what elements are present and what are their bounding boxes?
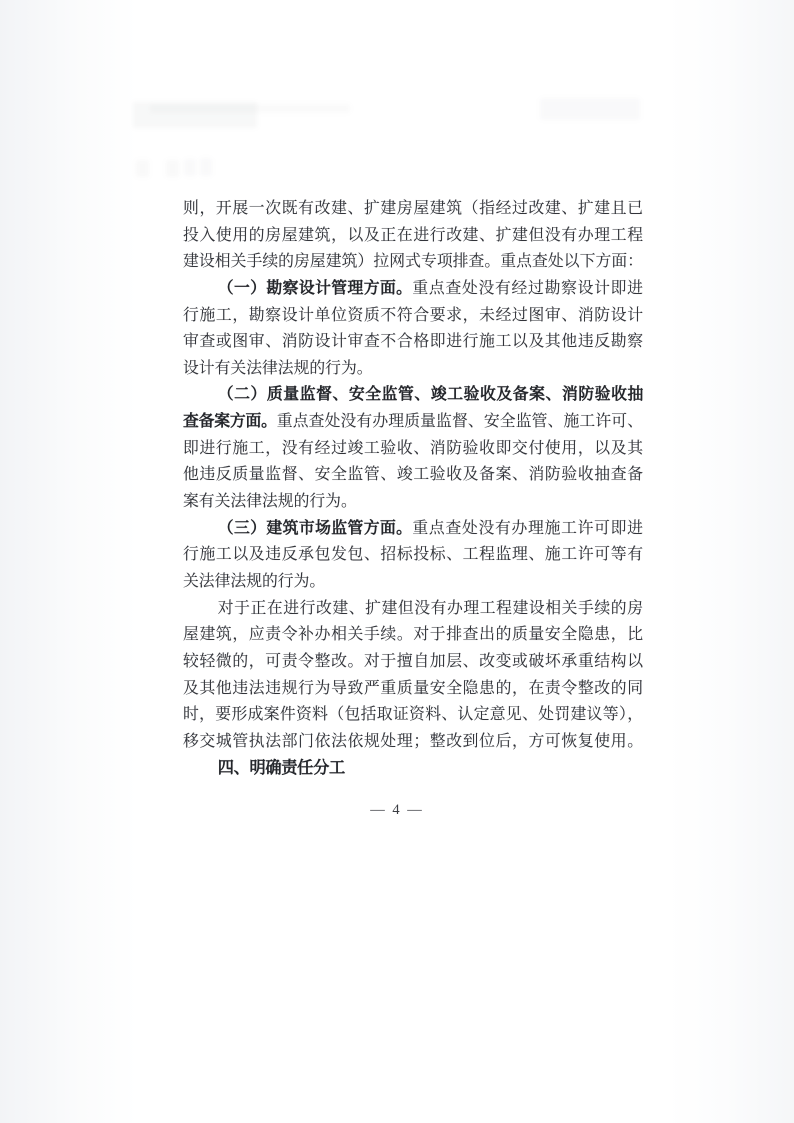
text-line: 查备案方面。重点查处没有办理质量监督、安全监管、施工许可、 — [183, 409, 643, 436]
text-line: 建设相关手续的房屋建筑）拉网式专项排查。重点查处以下方面： — [183, 249, 643, 276]
body-text: 审查或图审、消防设计审查不合格即进行施工以及其他违反勘察 — [183, 333, 643, 350]
body-text: 关法律法规的行为。 — [183, 573, 325, 590]
body-text: 设计有关法律法规的行为。 — [183, 360, 373, 377]
document-body: 则，开展一次既有改建、扩建房屋建筑（指经过改建、扩建且已投入使用的房屋建筑，以及… — [183, 196, 643, 782]
page-number: — 4 — — [0, 799, 794, 821]
text-line: 较轻微的，可责令整改。对于擅自加层、改变或破坏承重结构以 — [183, 649, 643, 676]
text-line: 投入使用的房屋建筑，以及正在进行改建、扩建但没有办理工程 — [183, 223, 643, 250]
scan-left-margin-shading — [0, 0, 138, 1123]
text-line: 即进行施工，没有经过竣工验收、消防验收即交付使用，以及其 — [183, 436, 643, 463]
body-text: 行施工，勘察设计单位资质不符合要求，未经过图审、消防设计 — [183, 307, 643, 324]
bold-lead-text: （一）勘察设计管理方面。 — [218, 280, 413, 297]
body-text: 较轻微的，可责令整改。对于擅自加层、改变或破坏承重结构以 — [183, 653, 643, 670]
scanned-document-page: 则，开展一次既有改建、扩建房屋建筑（指经过改建、扩建且已投入使用的房屋建筑，以及… — [0, 0, 794, 1123]
bleed-through-mark — [540, 98, 640, 120]
bleed-through-mark — [136, 160, 149, 177]
body-text: 建设相关手续的房屋建筑）拉网式专项排查。重点查处以下方面： — [183, 253, 643, 270]
body-text: 移交城管执法部门依法依规处理；整改到位后，方可恢复使用。 — [183, 733, 643, 750]
bold-lead-text: 查备案方面。 — [183, 413, 277, 430]
body-text: 案有关法律法规的行为。 — [183, 493, 357, 510]
text-line: 时，要形成案件资料（包括取证资料、认定意见、处罚建议等）， — [183, 702, 643, 729]
text-line: （三）建筑市场监管方面。重点查处没有办理施工许可即进 — [183, 516, 643, 543]
text-line: 行施工，勘察设计单位资质不符合要求，未经过图审、消防设计 — [183, 303, 643, 330]
bleed-through-mark — [166, 160, 179, 177]
bold-lead-text: 四、明确责任分工 — [218, 759, 345, 777]
text-line: 关法律法规的行为。 — [183, 569, 643, 596]
body-text: 时，要形成案件资料（包括取证资料、认定意见、处罚建议等）， — [183, 706, 643, 723]
bleed-through-mark — [200, 158, 212, 176]
text-line: 他违反质量监督、安全监管、竣工验收及备案、消防验收抽查备 — [183, 462, 643, 489]
section-heading: 四、明确责任分工 — [183, 755, 643, 782]
text-line: 审查或图审、消防设计审查不合格即进行施工以及其他违反勘察 — [183, 329, 643, 356]
text-line: 设计有关法律法规的行为。 — [183, 356, 643, 383]
text-line: 案有关法律法规的行为。 — [183, 489, 643, 516]
body-text: 屋建筑，应责令补办相关手续。对于排查出的质量安全隐患，比 — [183, 626, 643, 643]
body-text: 重点查处没有经过勘察设计即进 — [412, 280, 643, 297]
body-text: 及其他违法违规行为导致严重质量安全隐患的，在责令整改的同 — [183, 680, 643, 697]
body-text: 重点查处没有办理施工许可即进 — [412, 520, 643, 537]
bleed-through-mark — [150, 104, 350, 113]
body-text: 则，开展一次既有改建、扩建房屋建筑（指经过改建、扩建且已 — [183, 200, 643, 217]
text-line: 对于正在进行改建、扩建但没有办理工程建设相关手续的房 — [183, 596, 643, 623]
text-line: 则，开展一次既有改建、扩建房屋建筑（指经过改建、扩建且已 — [183, 196, 643, 223]
bleed-through-mark — [184, 159, 196, 176]
body-text: 投入使用的房屋建筑，以及正在进行改建、扩建但没有办理工程 — [183, 227, 643, 244]
body-text: 他违反质量监督、安全监管、竣工验收及备案、消防验收抽查备 — [183, 466, 643, 483]
text-line: 行施工以及违反承包发包、招标投标、工程监理、施工许可等有 — [183, 542, 643, 569]
body-text: 即进行施工，没有经过竣工验收、消防验收即交付使用，以及其 — [183, 440, 643, 457]
text-line: （一）勘察设计管理方面。重点查处没有经过勘察设计即进 — [183, 276, 643, 303]
bold-lead-text: （三）建筑市场监管方面。 — [218, 520, 413, 537]
body-text: 重点查处没有办理质量监督、安全监管、施工许可、 — [277, 413, 643, 430]
text-line: 屋建筑，应责令补办相关手续。对于排查出的质量安全隐患，比 — [183, 622, 643, 649]
text-line: 及其他违法违规行为导致严重质量安全隐患的，在责令整改的同 — [183, 676, 643, 703]
body-text: 对于正在进行改建、扩建但没有办理工程建设相关手续的房 — [218, 600, 643, 617]
body-text: 行施工以及违反承包发包、招标投标、工程监理、施工许可等有 — [183, 546, 643, 563]
text-line: （二）质量监督、安全监管、竣工验收及备案、消防验收抽 — [183, 382, 643, 409]
scan-right-margin-shading — [667, 0, 794, 1123]
bold-lead-text: （二）质量监督、安全监管、竣工验收及备案、消防验收抽 — [218, 386, 643, 403]
text-line: 移交城管执法部门依法依规处理；整改到位后，方可恢复使用。 — [183, 729, 643, 756]
